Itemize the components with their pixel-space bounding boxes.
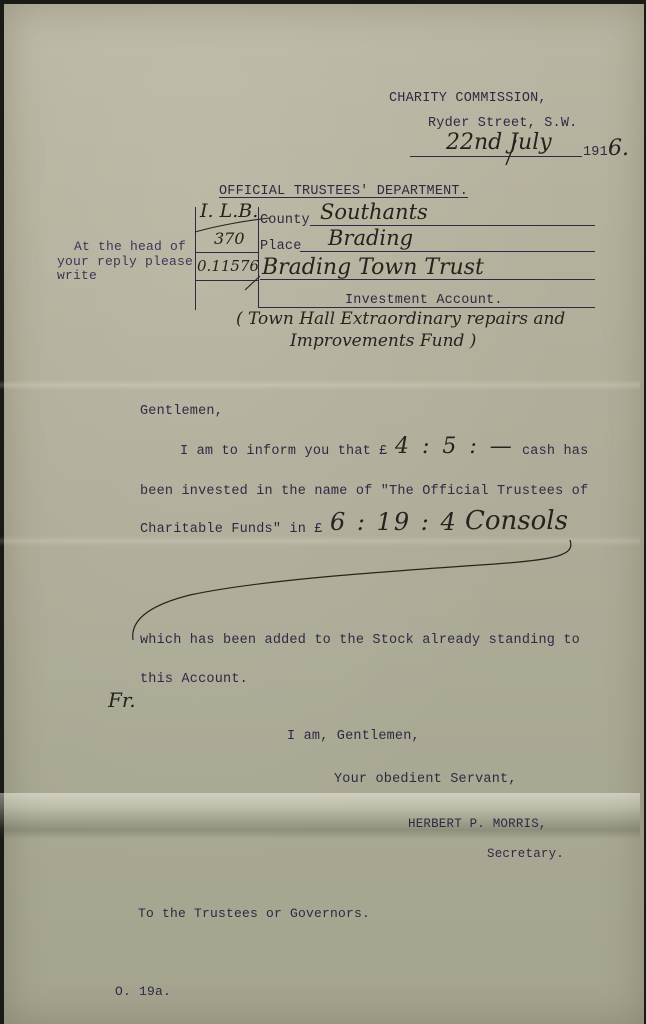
fund-annotation: ( Town Hall Extraordinary repairs and: [236, 311, 565, 328]
margin-initials: Fr.: [108, 690, 136, 710]
body-line-1-suffix: cash has: [522, 445, 588, 459]
place-label: Place: [260, 240, 302, 254]
closing-line: Your obedient Servant,: [334, 773, 517, 787]
year-handwritten: 6.: [608, 138, 629, 160]
ref-box-divider: [195, 252, 258, 253]
trust-rule: [260, 279, 595, 280]
stock-amount: 6 : 19 : 4: [330, 510, 458, 534]
trust-name: Brading Town Trust: [262, 257, 484, 279]
closing-line: I am, Gentlemen,: [287, 730, 420, 744]
account-label: Investment Account.: [345, 294, 503, 308]
salutation: Gentlemen,: [140, 405, 223, 419]
form-number: O. 19a.: [115, 985, 171, 998]
reply-instruction-line: At the head of: [74, 240, 186, 253]
organisation-address: Ryder Street, S.W.: [428, 117, 577, 131]
cash-amount: 4 : 5 : —: [395, 436, 515, 458]
signatory-title: Secretary.: [487, 848, 564, 861]
handwritten-date: 22nd July: [446, 132, 552, 154]
organisation-name: CHARITY COMMISSION,: [389, 92, 547, 106]
signatory-name: HERBERT P. MORRIS,: [408, 818, 547, 831]
ref-box-divider: [195, 280, 258, 281]
ref-code-series: I. L.B.: [200, 202, 258, 221]
ref-code-number: 370: [214, 231, 245, 247]
ref-code-account: 0.11576: [197, 259, 259, 274]
body-line-1-prefix: I am to inform you that £: [180, 445, 388, 459]
fund-annotation: Improvements Fund ): [290, 333, 476, 350]
body-line-5: this Account.: [140, 673, 248, 687]
year-printed: 191: [583, 146, 608, 160]
addressee: To the Trustees or Governors.: [138, 907, 370, 920]
department-title: OFFICIAL TRUSTEES' DEPARTMENT.: [219, 185, 468, 199]
reply-instruction-line: your reply please: [57, 255, 193, 268]
body-line-4: which has been added to the Stock alread…: [140, 634, 580, 648]
county-label: County: [260, 214, 310, 228]
place-rule: [300, 251, 595, 252]
date-underline: [410, 156, 582, 157]
body-line-2: been invested in the name of "The Offici…: [140, 485, 588, 499]
county-value: Southants: [320, 202, 428, 223]
body-line-3-prefix: Charitable Funds" in £: [140, 523, 323, 537]
reply-instruction-line: write: [57, 269, 97, 282]
stock-name: Consols: [465, 508, 568, 534]
place-value: Brading: [328, 228, 413, 249]
